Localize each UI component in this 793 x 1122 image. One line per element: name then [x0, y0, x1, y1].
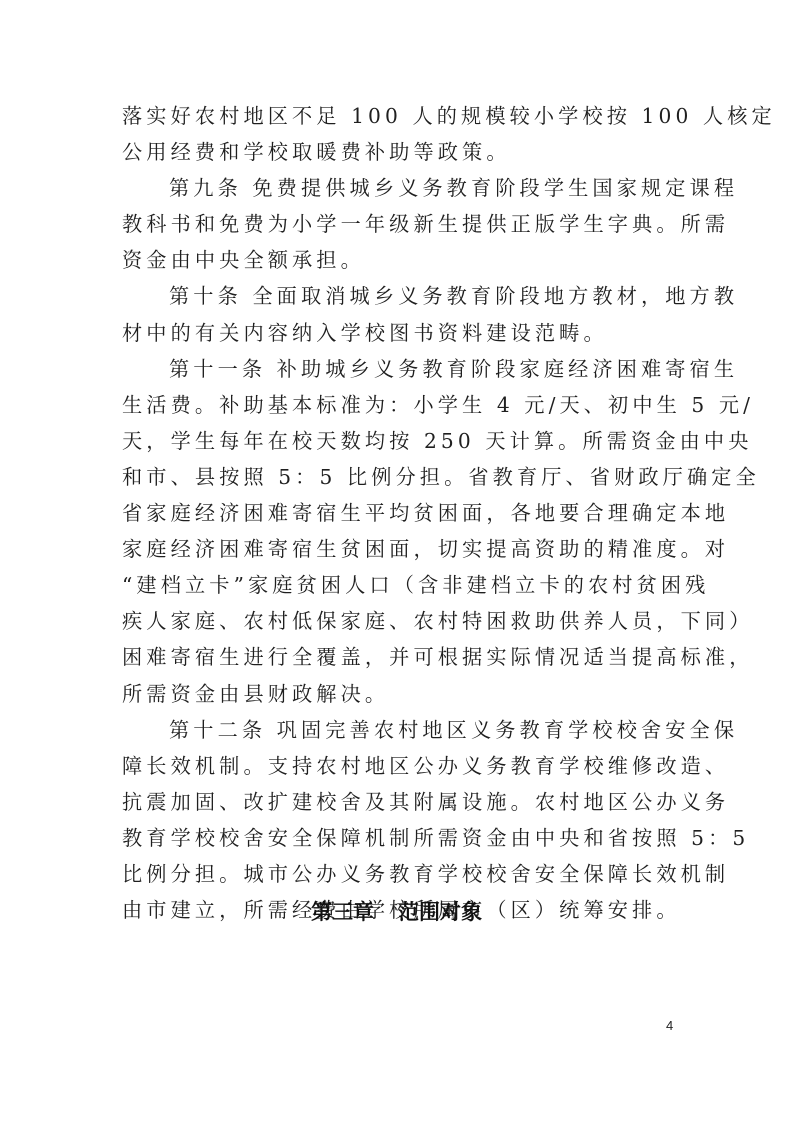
text-line: 公用经费和学校取暖费补助等政策。 [122, 134, 674, 170]
article-12-start: 第十二条 巩固完善农村地区义务教育学校校舍安全保 [122, 712, 674, 748]
text-line: “建档立卡”家庭贫困人口（含非建档立卡的农村贫困残 [122, 567, 674, 603]
text-line: 天，学生每年在校天数均按 250 天计算。所需资金由中央 [122, 423, 674, 459]
page-number: 4 [666, 1018, 673, 1033]
text-line: 资金由中央全额承担。 [122, 242, 674, 278]
article-10-start: 第十条 全面取消城乡义务教育阶段地方教材，地方教 [122, 278, 674, 314]
text-line: 困难寄宿生进行全覆盖，并可根据实际情况适当提高标准， [122, 639, 674, 675]
chapter-heading: 第三章范围对象 [0, 894, 793, 930]
text-line: 比例分担。城市公办义务教育学校校舍安全保障长效机制 [122, 856, 674, 892]
chapter-title: 范围对象 [398, 900, 482, 924]
text-line: 落实好农村地区不足 100 人的规模较小学校按 100 人核定 [122, 98, 674, 134]
body-text: 落实好农村地区不足 100 人的规模较小学校按 100 人核定 公用经费和学校取… [122, 98, 674, 928]
text-line: 障长效机制。支持农村地区公办义务教育学校维修改造、 [122, 748, 674, 784]
article-9-start: 第九条 免费提供城乡义务教育阶段学生国家规定课程 [122, 170, 674, 206]
article-11-start: 第十一条 补助城乡义务教育阶段家庭经济困难寄宿生 [122, 351, 674, 387]
text-line: 疾人家庭、农村低保家庭、农村特困救助供养人员，下同） [122, 603, 674, 639]
text-line: 家庭经济困难寄宿生贫困面，切实提高资助的精准度。对 [122, 531, 674, 567]
text-line: 省家庭经济困难寄宿生平均贫困面，各地要合理确定本地 [122, 495, 674, 531]
document-page: 落实好农村地区不足 100 人的规模较小学校按 100 人核定 公用经费和学校取… [0, 0, 793, 1122]
text-line: 抗震加固、改扩建校舍及其附属设施。农村地区公办义务 [122, 784, 674, 820]
text-line: 教育学校校舍安全保障机制所需资金由中央和省按照 5：5 [122, 820, 674, 856]
text-line: 教科书和免费为小学一年级新生提供正版学生字典。所需 [122, 206, 674, 242]
text-line: 和市、县按照 5：5 比例分担。省教育厅、省财政厅确定全 [122, 459, 674, 495]
chapter-number: 第三章 [311, 900, 374, 924]
text-line: 生活费。补助基本标准为：小学生 4 元/天、初中生 5 元/ [122, 387, 674, 423]
text-line: 材中的有关内容纳入学校图书资料建设范畴。 [122, 315, 674, 351]
text-line: 所需资金由县财政解决。 [122, 676, 674, 712]
